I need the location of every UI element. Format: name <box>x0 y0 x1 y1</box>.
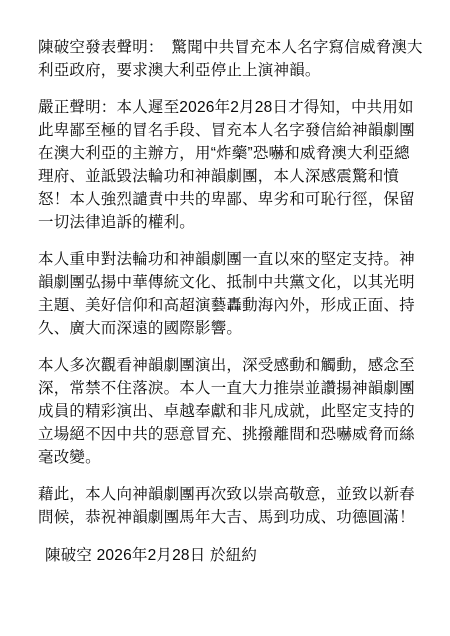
statement-paragraph-declaration: 嚴正聲明：本人遲至2026年2月28日才得知，中共用如此卑鄙至極的冒名手段、冒充… <box>38 96 424 234</box>
statement-paragraph-opening: 陳破空發表聲明： 驚聞中共冒充本人名字寫信威脅澳大利亞政府，要求澳大利亞停止上演… <box>38 36 424 82</box>
document-page: 陳破空發表聲明： 驚聞中共冒充本人名字寫信威脅澳大利亞政府，要求澳大利亞停止上演… <box>0 0 450 636</box>
statement-body: 陳破空發表聲明： 驚聞中共冒充本人名字寫信威脅澳大利亞政府，要求澳大利亞停止上演… <box>38 36 424 567</box>
signature-line: 陳破空 2026年2月28日 於紐約 <box>38 544 424 567</box>
statement-paragraph-praise: 本人多次觀看神韻劇團演出，深受感動和觸動，感念至深，常禁不住落淚。本人一直大力推… <box>38 354 424 469</box>
statement-paragraph-support: 本人重申對法輪功和神韻劇團一直以來的堅定支持。神韻劇團弘揚中華傳統文化、抵制中共… <box>38 248 424 340</box>
statement-paragraph-greeting: 藉此，本人向神韻劇團再次致以崇高敬意，並致以新春問候，恭祝神韻劇團馬年大吉、馬到… <box>38 483 424 529</box>
